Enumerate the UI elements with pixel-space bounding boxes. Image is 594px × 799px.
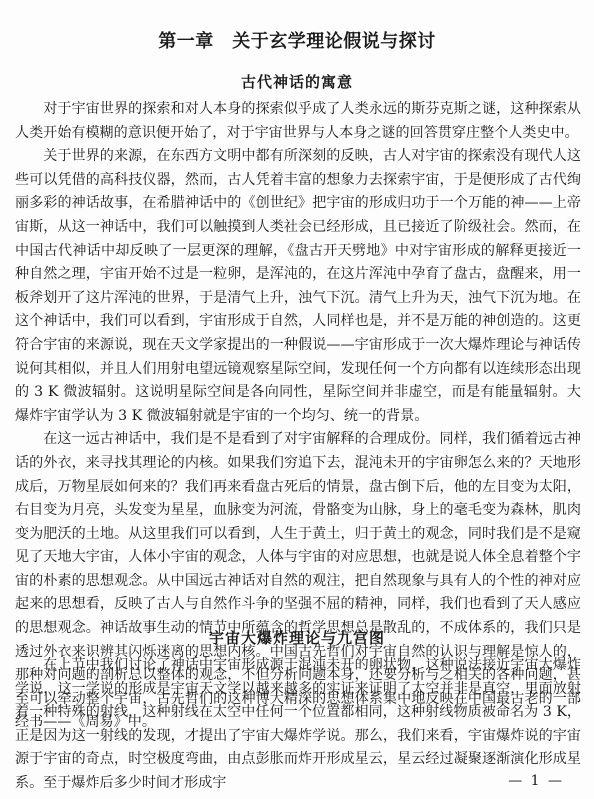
- paragraph: 对于宇宙世界的探索和对人本身的探索似乎成了人类永远的斯芬克斯之谜，这种探索从人类…: [15, 98, 581, 145]
- section-body-big-bang-nine-palaces: 在上节中我们讨论了神话中宇宙形成源于混沌未开的卵状物，这种说法接近宇宙大爆炸学说…: [15, 654, 581, 796]
- chapter-title: 第一章 关于玄学理论假说与探讨: [0, 27, 594, 53]
- section-heading-ancient-myths: 古代神话的寓意: [0, 71, 594, 92]
- section-heading-big-bang-nine-palaces: 宇宙大爆炸理论与九宫图: [0, 627, 594, 648]
- document-page: 第一章 关于玄学理论假说与探讨 古代神话的寓意 对于宇宙世界的探索和对人本身的探…: [0, 0, 594, 799]
- paragraph: 在上节中我们讨论了神话中宇宙形成源于混沌未开的卵状物，这种说法接近宇宙大爆炸学说…: [15, 654, 581, 796]
- page-number: — 1 —: [508, 773, 564, 789]
- paragraph: 关于世界的来源，在东西方文明中都有所深刻的反映，古人对宇宙的探索没有现代人这些可…: [15, 145, 581, 428]
